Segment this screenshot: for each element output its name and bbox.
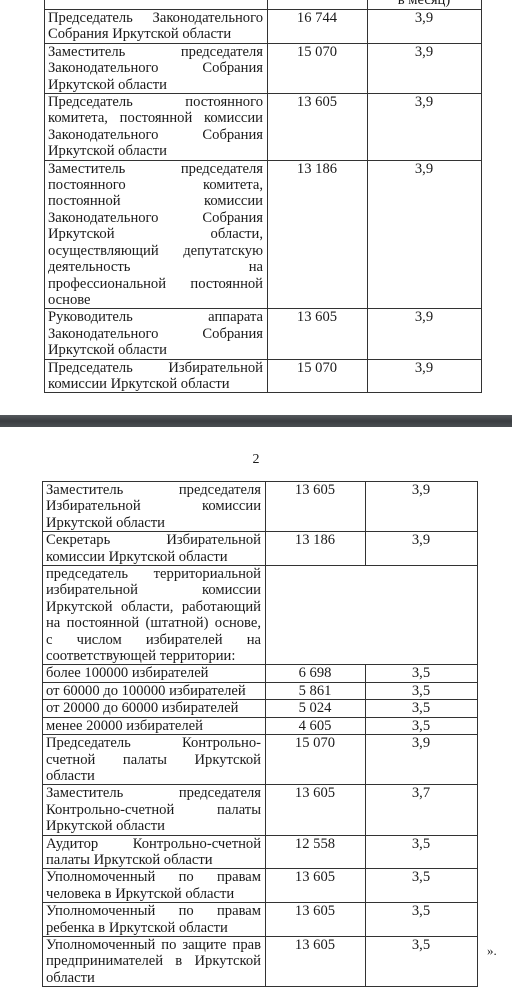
table-row: Заместитель председателя Избирательной к…: [43, 482, 478, 532]
group-header-cell: председатель территориальной избирательн…: [43, 566, 266, 665]
position-cell: Заместитель председателя Законодательног…: [45, 43, 268, 93]
position-cell: Председатель постоянного комитета, посто…: [45, 94, 268, 161]
coefficient-cell: 3,5: [366, 700, 478, 717]
position-cell: Аудитор Контрольно-счетной палаты Иркутс…: [43, 835, 266, 869]
salary-cell: 5 024: [266, 700, 366, 717]
position-cell: Уполномоченный по защите прав предприним…: [43, 936, 266, 986]
coefficient-cell: 3,5: [366, 835, 478, 869]
position-cell: Заместитель председателя Контрольно-счет…: [43, 785, 266, 835]
position-cell: более 100000 избирателей: [43, 665, 266, 682]
salary-cell: 13 186: [268, 160, 368, 309]
table-row: Уполномоченный по защите прав предприним…: [43, 936, 478, 986]
coefficient-cell: 3,9: [366, 735, 478, 785]
position-cell: от 60000 до 100000 избирателей: [43, 682, 266, 699]
coefficient-cell: 3,9: [368, 160, 482, 309]
salary-cell: 15 070: [268, 43, 368, 93]
document-page-2: 2 Заместитель председателя Избирательной…: [0, 427, 512, 996]
coefficient-cell: 3,5: [366, 665, 478, 682]
salary-cell: 12 558: [266, 835, 366, 869]
salary-cell: 5 861: [266, 682, 366, 699]
coefficient-cell: 3,9: [368, 359, 482, 393]
table-row: от 60000 до 100000 избирателей 5 861 3,5: [43, 682, 478, 699]
salary-cell: 13 605: [268, 94, 368, 161]
position-cell: от 20000 до 60000 избирателей: [43, 700, 266, 717]
position-cell: менее 20000 избирателей: [43, 717, 266, 734]
salary-cell: 15 070: [266, 735, 366, 785]
table-row: Председатель Контрольно-счетной палаты И…: [43, 735, 478, 785]
salary-table-page-2: Заместитель председателя Избирательной к…: [42, 481, 478, 987]
position-cell: Председатель Контрольно-счетной палаты И…: [43, 735, 266, 785]
salary-table-page-1: в месяц) Председатель Законодательного С…: [44, 0, 482, 393]
position-cell: Уполномоченный по правам человека в Ирку…: [43, 869, 266, 903]
coefficient-cell: 3,5: [366, 936, 478, 986]
table-row: Заместитель председателя Законодательног…: [45, 43, 482, 93]
header-cell: [45, 0, 268, 10]
position-cell: Секретарь Избирательной комиссии Иркутск…: [43, 532, 266, 566]
salary-cell: 13 186: [266, 532, 366, 566]
page-separator: [0, 415, 512, 427]
table-row: Заместитель председателя Контрольно-счет…: [43, 785, 478, 835]
table-row: более 100000 избирателей 6 698 3,5: [43, 665, 478, 682]
coefficient-cell: 3,9: [368, 43, 482, 93]
table-row: Председатель Законодательного Собрания И…: [45, 10, 482, 44]
salary-cell: 13 605: [266, 936, 366, 986]
salary-cell: 13 605: [266, 482, 366, 532]
coefficient-cell: 3,5: [366, 717, 478, 734]
salary-cell: 13 605: [266, 869, 366, 903]
header-cell-fragment: в месяц): [368, 0, 482, 10]
salary-cell: 4 605: [266, 717, 366, 734]
group-header-row: председатель территориальной избирательн…: [43, 566, 478, 665]
page-number: 2: [0, 452, 512, 468]
salary-cell: 16 744: [268, 10, 368, 44]
coefficient-cell: 3,9: [366, 532, 478, 566]
table-header-row: в месяц): [45, 0, 482, 10]
position-cell: Председатель Избирательной комиссии Ирку…: [45, 359, 268, 393]
coefficient-cell: 3,9: [368, 309, 482, 359]
empty-cell: [266, 566, 478, 665]
table-row: Председатель постоянного комитета, посто…: [45, 94, 482, 161]
salary-cell: 6 698: [266, 665, 366, 682]
table-row: Уполномоченный по правам человека в Ирку…: [43, 869, 478, 903]
header-cell: [268, 0, 368, 10]
document-page-1: в месяц) Председатель Законодательного С…: [0, 0, 512, 415]
position-cell: Заместитель председателя постоянного ком…: [45, 160, 268, 309]
coefficient-cell: 3,5: [366, 869, 478, 903]
coefficient-cell: 3,7: [366, 785, 478, 835]
position-cell: Председатель Законодательного Собрания И…: [45, 10, 268, 44]
coefficient-cell: 3,9: [366, 482, 478, 532]
salary-cell: 13 605: [266, 785, 366, 835]
closing-quote-mark: ».: [487, 943, 497, 959]
coefficient-cell: 3,5: [366, 682, 478, 699]
table-row: Уполномоченный по правам ребенка в Иркут…: [43, 903, 478, 937]
table-row: от 20000 до 60000 избирателей 5 024 3,5: [43, 700, 478, 717]
salary-cell: 15 070: [268, 359, 368, 393]
position-cell: Заместитель председателя Избирательной к…: [43, 482, 266, 532]
salary-cell: 13 605: [268, 309, 368, 359]
table-row: Руководитель аппарата Законодательного С…: [45, 309, 482, 359]
salary-cell: 13 605: [266, 903, 366, 937]
table-row: Аудитор Контрольно-счетной палаты Иркутс…: [43, 835, 478, 869]
table-row: Председатель Избирательной комиссии Ирку…: [45, 359, 482, 393]
coefficient-cell: 3,9: [368, 10, 482, 44]
coefficient-cell: 3,5: [366, 903, 478, 937]
table-row: менее 20000 избирателей 4 605 3,5: [43, 717, 478, 734]
table-row: Заместитель председателя постоянного ком…: [45, 160, 482, 309]
coefficient-cell: 3,9: [368, 94, 482, 161]
position-cell: Уполномоченный по правам ребенка в Иркут…: [43, 903, 266, 937]
position-cell: Руководитель аппарата Законодательного С…: [45, 309, 268, 359]
table-row: Секретарь Избирательной комиссии Иркутск…: [43, 532, 478, 566]
